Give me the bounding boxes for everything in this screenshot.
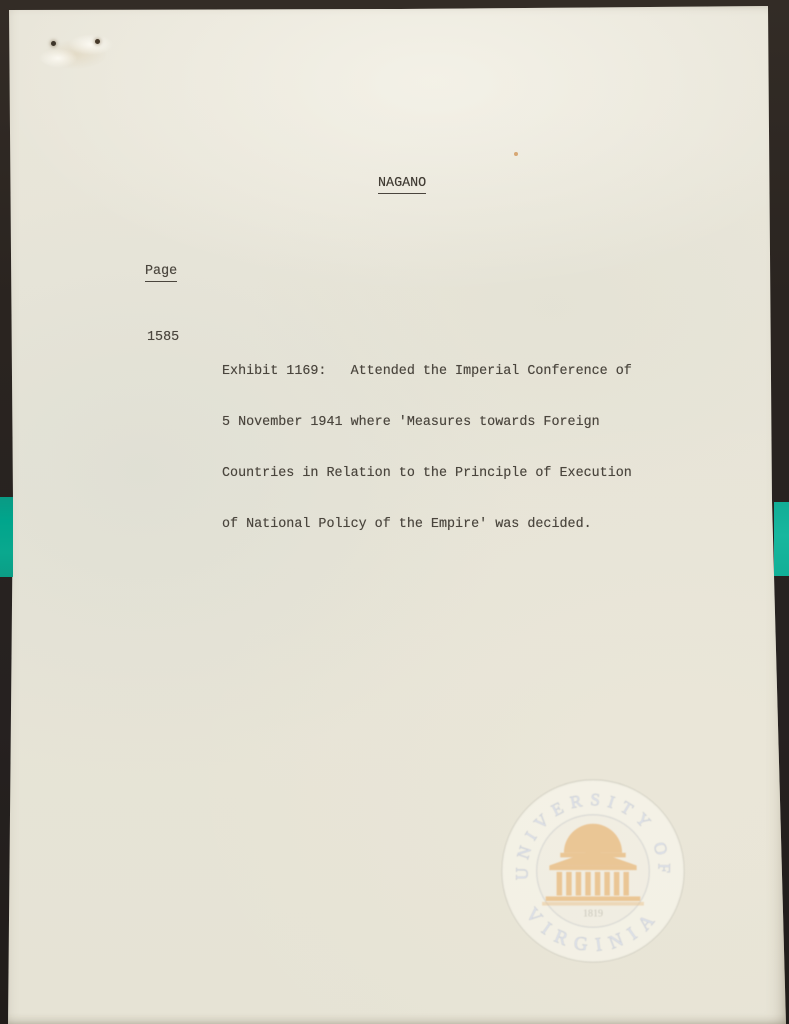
document-title: NAGANO: [378, 175, 426, 194]
left-edge-tab: [0, 497, 13, 577]
staple-marks: [34, 26, 126, 72]
entry-page-number: 1585: [147, 329, 179, 346]
paper-sheet: NAGANO Page 1585 Exhibit 1169: Attended …: [0, 0, 789, 1024]
scanned-document-page: NAGANO Page 1585 Exhibit 1169: Attended …: [0, 0, 789, 1024]
entry-text-line: 5 November 1941 where 'Measures towards …: [222, 414, 632, 431]
seal-year: 1819: [583, 908, 603, 919]
entry-text-line: of National Policy of the Empire' was de…: [222, 516, 632, 533]
university-of-virginia-watermark: 1819 UNIVERSITY OF VIRGINIA: [493, 771, 693, 971]
entry-text-line: Exhibit 1169: Attended the Imperial Conf…: [222, 363, 632, 380]
staple-hole-icon: [95, 39, 100, 44]
page-column-header: Page: [145, 263, 177, 282]
right-edge-tab: [774, 502, 789, 576]
ink-speck: [514, 152, 518, 156]
staple-hole-icon: [51, 41, 56, 46]
index-entry-text: Exhibit 1169: Attended the Imperial Conf…: [222, 329, 632, 567]
entry-text-line: Countries in Relation to the Principle o…: [222, 465, 632, 482]
